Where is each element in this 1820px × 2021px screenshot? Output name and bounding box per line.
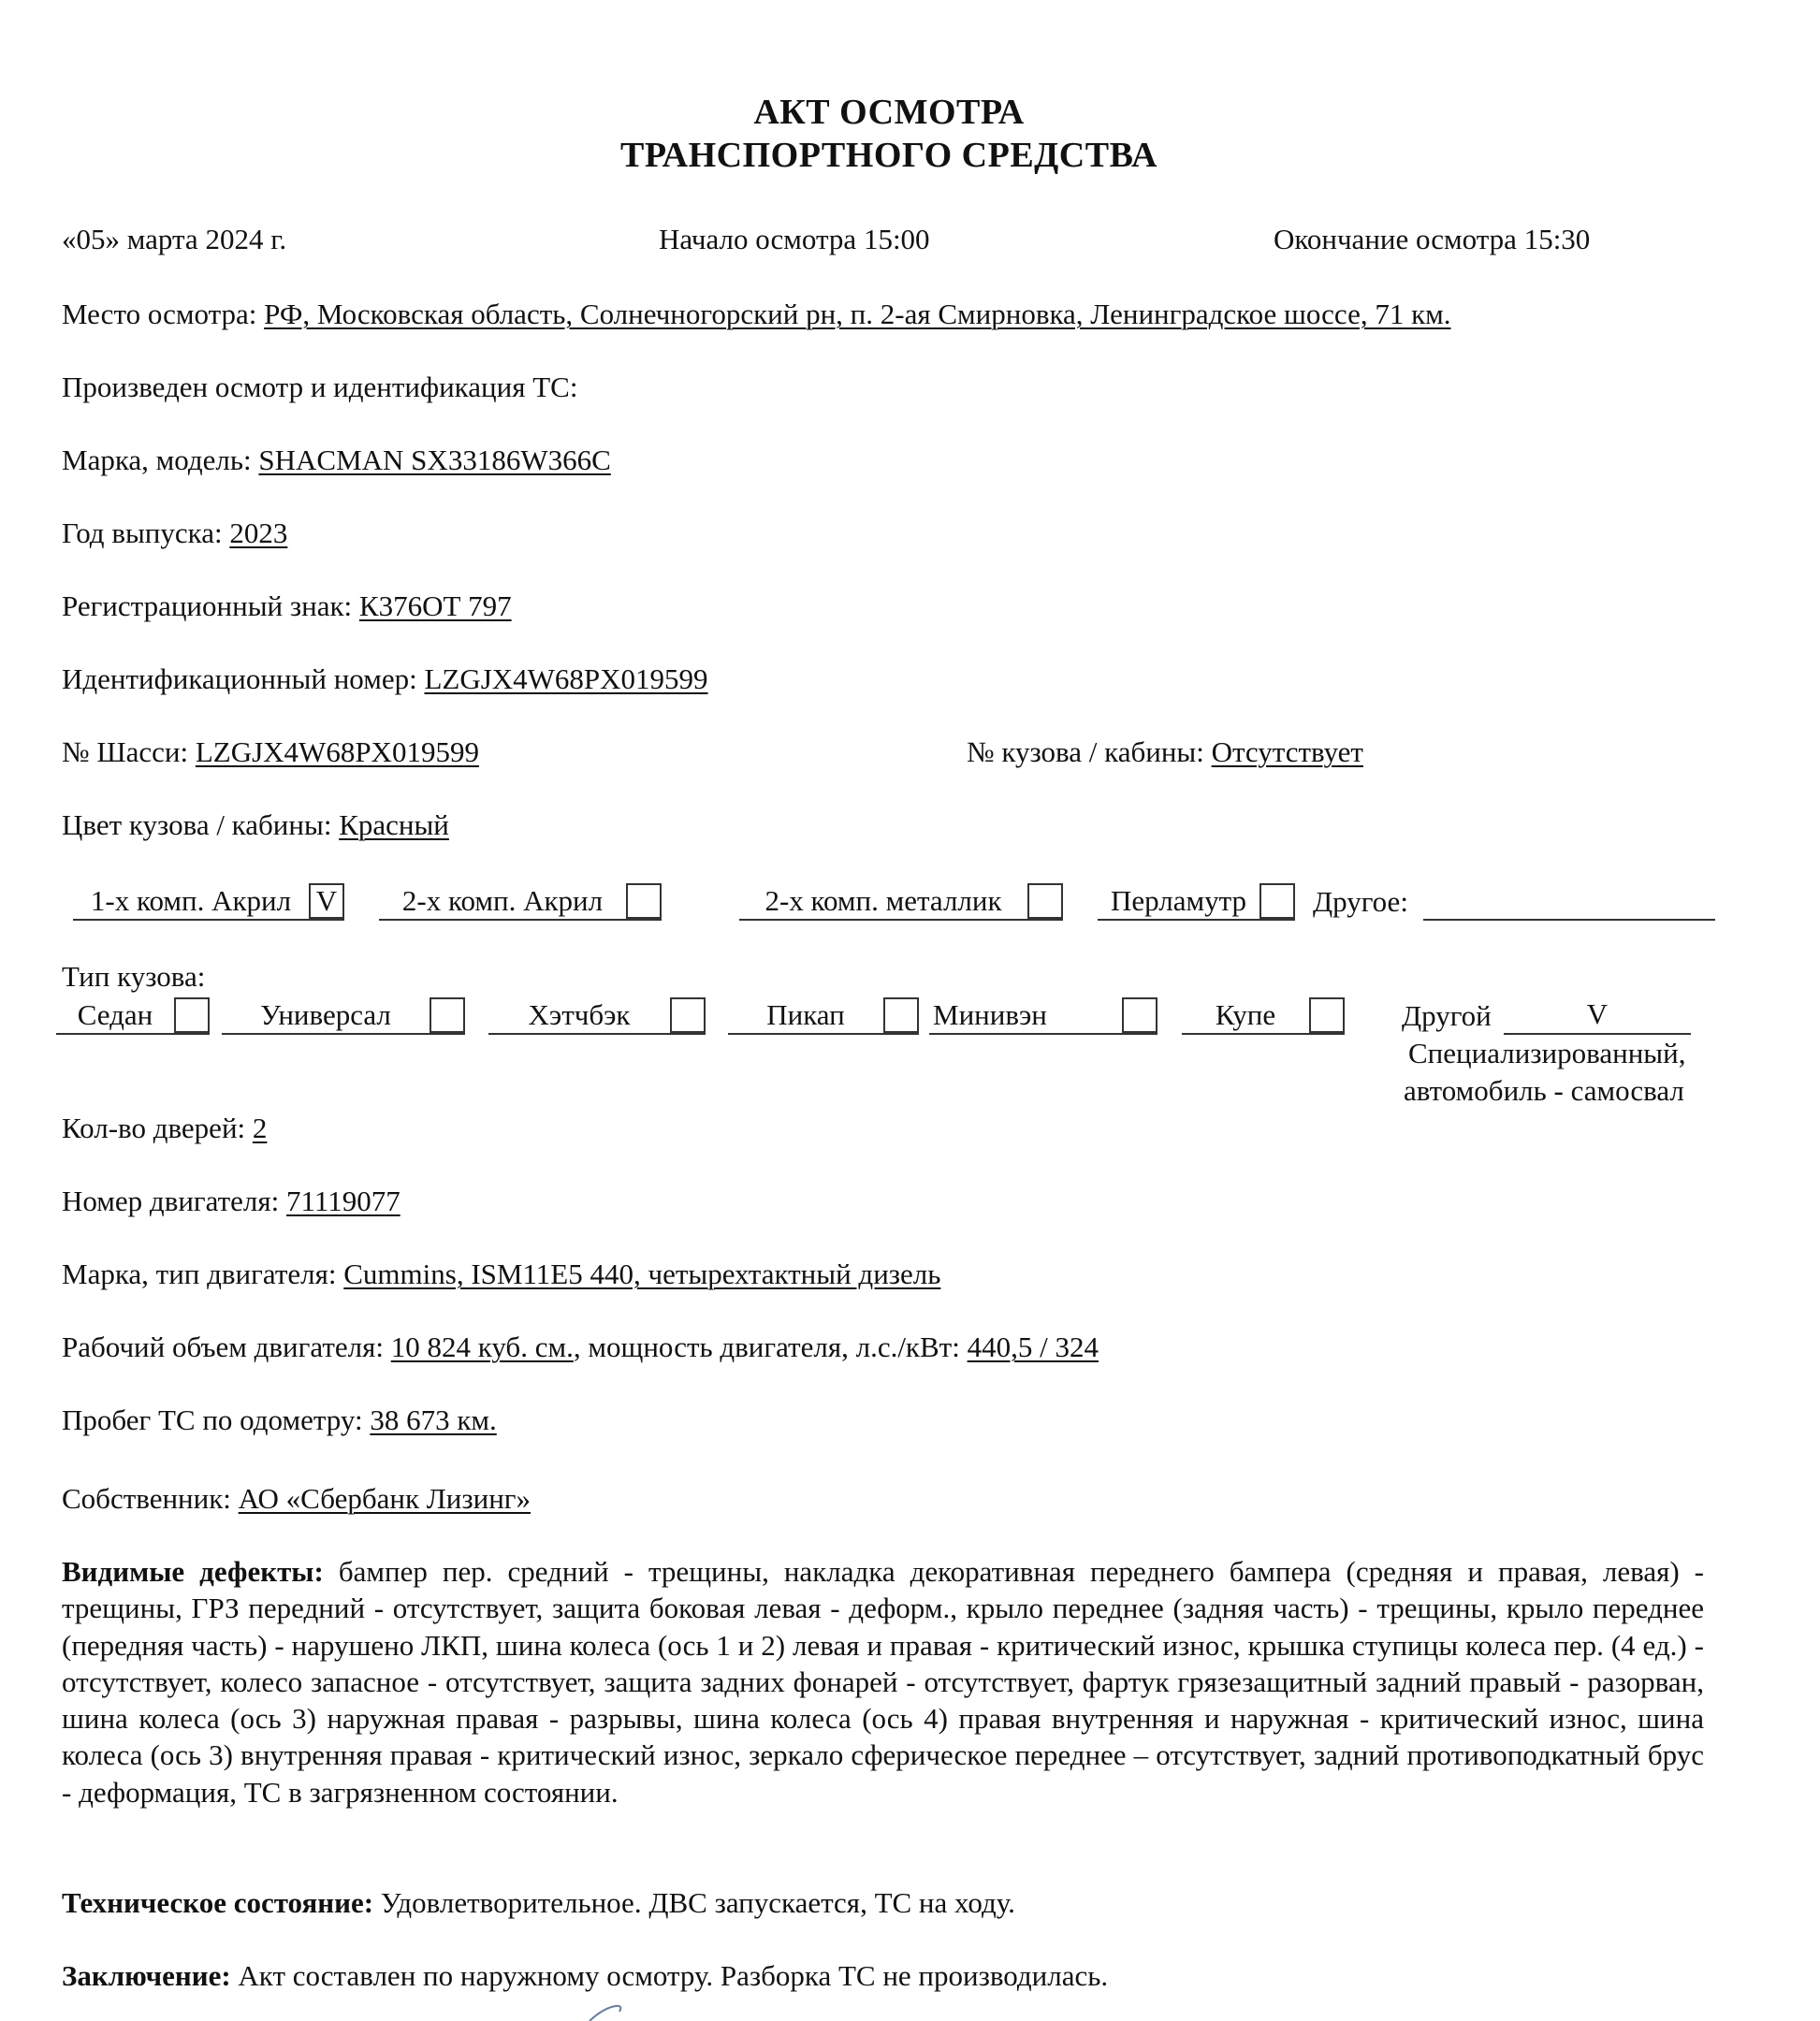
vin-label: Идентификационный номер: — [62, 662, 417, 695]
body-type-hatchback: Хэтчбэк — [488, 996, 706, 1035]
owner-value: АО «Сбербанк Лизинг» — [239, 1482, 531, 1515]
inspection-date: «05» марта 2024 г. — [62, 221, 286, 258]
conclusion: Заключение: Акт составлен по наружному о… — [62, 1957, 1108, 1995]
inspection-place: Место осмотра: РФ, Московская область, С… — [62, 296, 1451, 333]
paint-checkbox-pearl[interactable] — [1259, 883, 1295, 919]
body-type-coupe: Купе — [1182, 996, 1345, 1035]
field-make-model: Марка, модель: SHACMAN SX33186W366C — [62, 442, 611, 479]
make-model-label: Марка, модель: — [62, 443, 252, 476]
body-type-option-label: Пикап — [728, 997, 883, 1033]
owner-label: Собственник: — [62, 1482, 231, 1515]
color-value: Красный — [339, 808, 449, 841]
field-mileage: Пробег ТС по одометру: 38 673 км. — [62, 1402, 497, 1439]
body-type-option-label: Купе — [1182, 997, 1309, 1033]
field-displacement-power: Рабочий объем двигателя: 10 824 куб. см.… — [62, 1329, 1099, 1366]
field-reg-plate: Регистрационный знак: К376ОТ 797 — [62, 588, 512, 625]
doors-value: 2 — [253, 1112, 268, 1144]
field-year: Год выпуска: 2023 — [62, 515, 287, 552]
start-label: Начало осмотра — [659, 223, 856, 255]
make-model-value: SHACMAN SX33186W366C — [258, 443, 610, 476]
end-label: Окончание осмотра — [1274, 223, 1517, 255]
body-number-value: Отсутствует — [1212, 735, 1363, 768]
engine-number-value: 71119077 — [286, 1185, 400, 1217]
place-label: Место осмотра: — [62, 298, 256, 330]
defects-text: бампер пер. средний - трещины, накладка … — [62, 1555, 1704, 1809]
color-label: Цвет кузова / кабины: — [62, 808, 331, 841]
start-time: 15:00 — [864, 223, 930, 255]
body-other-field[interactable]: V — [1504, 996, 1691, 1035]
body-type-label: Тип кузова: — [62, 958, 205, 996]
body-number-label: № кузова / кабины: — [967, 735, 1204, 768]
body-type-option-label: Минивэн — [929, 997, 1047, 1033]
visible-defects: Видимые дефекты: бампер пер. средний - т… — [62, 1553, 1704, 1810]
year-label: Год выпуска: — [62, 516, 223, 549]
power-label: , мощность двигателя, л.с./кВт: — [574, 1330, 960, 1363]
body-type-wagon: Универсал — [222, 996, 465, 1035]
document-title-line1: АКТ ОСМОТРА — [0, 91, 1778, 134]
paint-checkbox-2k-acrylic[interactable] — [626, 883, 662, 919]
year-value: 2023 — [229, 516, 287, 549]
field-chassis: № Шасси: LZGJX4W68PX019599 — [62, 734, 479, 771]
field-vin: Идентификационный номер: LZGJX4W68PX0195… — [62, 661, 708, 698]
field-body-number: № кузова / кабины: Отсутствует — [967, 734, 1363, 771]
paint-option-label: 2-х комп. металлик — [739, 883, 1027, 919]
paint-option-label: Перламутр — [1098, 883, 1259, 919]
body-type-minivan: Минивэн — [929, 996, 1158, 1035]
paint-other-label: Другое: — [1313, 883, 1408, 921]
body-type-option-label: Седан — [56, 997, 174, 1033]
field-engine-type: Марка, тип двигателя: Cummins, ISM11E5 4… — [62, 1256, 940, 1293]
field-engine-number: Номер двигателя: 71119077 — [62, 1183, 400, 1220]
body-other-description-line2: автомобиль - самосвал — [1404, 1072, 1684, 1110]
body-type-checkbox-pickup[interactable] — [883, 997, 919, 1033]
body-type-checkbox-wagon[interactable] — [430, 997, 465, 1033]
paint-other-field[interactable] — [1423, 881, 1715, 921]
paint-option-pearl: Перламутр — [1098, 881, 1295, 921]
paint-option-2k-acrylic: 2-х комп. Акрил — [379, 881, 662, 921]
displacement-label: Рабочий объем двигателя: — [62, 1330, 384, 1363]
conclusion-text: Акт составлен по наружному осмотру. Разб… — [238, 1959, 1108, 1992]
inspection-act-page: АКТ ОСМОТРА ТРАНСПОРТНОГО СРЕДСТВА «05» … — [0, 0, 1820, 2021]
body-type-checkbox-sedan[interactable] — [174, 997, 210, 1033]
paint-option-1k-acrylic: 1-х комп. Акрил V — [73, 881, 344, 921]
body-type-checkbox-minivan[interactable] — [1122, 997, 1158, 1033]
field-owner: Собственник: АО «Сбербанк Лизинг» — [62, 1480, 531, 1518]
inspection-end: Окончание осмотра 15:30 — [1274, 221, 1590, 258]
field-color: Цвет кузова / кабины: Красный — [62, 807, 449, 844]
chassis-value: LZGJX4W68PX019599 — [196, 735, 479, 768]
body-type-option-label: Универсал — [222, 997, 430, 1033]
displacement-value: 10 824 куб. см. — [391, 1330, 574, 1363]
engine-number-label: Номер двигателя: — [62, 1185, 279, 1217]
doors-label: Кол-во дверей: — [62, 1112, 245, 1144]
vin-value: LZGJX4W68PX019599 — [424, 662, 707, 695]
engine-type-value: Cummins, ISM11E5 440, четырехтактный диз… — [343, 1258, 940, 1290]
end-time: 15:30 — [1524, 223, 1591, 255]
body-other-label: Другой — [1402, 997, 1492, 1035]
reg-plate-label: Регистрационный знак: — [62, 589, 352, 622]
body-other-description-line1: Специализированный, — [1408, 1035, 1685, 1072]
body-type-checkbox-coupe[interactable] — [1309, 997, 1345, 1033]
paint-option-label: 2-х комп. Акрил — [379, 883, 626, 919]
signature-mark — [561, 2002, 674, 2021]
tech-text: Удовлетворительное. ДВС запускается, ТС … — [381, 1886, 1015, 1919]
defects-label: Видимые дефекты: — [62, 1555, 324, 1588]
place-value: РФ, Московская область, Солнечногорский … — [264, 298, 1450, 330]
identification-heading: Произведен осмотр и идентификация ТС: — [62, 369, 577, 406]
field-doors: Кол-во дверей: 2 — [62, 1110, 267, 1147]
paint-option-2k-metallic: 2-х комп. металлик — [739, 881, 1063, 921]
engine-type-label: Марка, тип двигателя: — [62, 1258, 336, 1290]
conclusion-label: Заключение: — [62, 1959, 231, 1992]
body-type-sedan: Седан — [56, 996, 210, 1035]
body-type-pickup: Пикап — [728, 996, 919, 1035]
paint-option-label: 1-х комп. Акрил — [73, 883, 309, 919]
reg-plate-value: К376ОТ 797 — [359, 589, 512, 622]
power-value: 440,5 / 324 — [968, 1330, 1099, 1363]
inspection-start: Начало осмотра 15:00 — [659, 221, 930, 258]
mileage-label: Пробег ТС по одометру: — [62, 1403, 363, 1436]
chassis-label: № Шасси: — [62, 735, 188, 768]
body-type-option-label: Хэтчбэк — [488, 997, 670, 1033]
document-title-line2: ТРАНСПОРТНОГО СРЕДСТВА — [0, 134, 1778, 177]
mileage-value: 38 673 км. — [370, 1403, 496, 1436]
tech-label: Техническое состояние: — [62, 1886, 373, 1919]
paint-checkbox-2k-metallic[interactable] — [1027, 883, 1063, 919]
technical-condition: Техническое состояние: Удовлетворительно… — [62, 1884, 1015, 1922]
body-type-checkbox-hatchback[interactable] — [670, 997, 706, 1033]
paint-checkbox-1k-acrylic[interactable]: V — [309, 883, 344, 919]
